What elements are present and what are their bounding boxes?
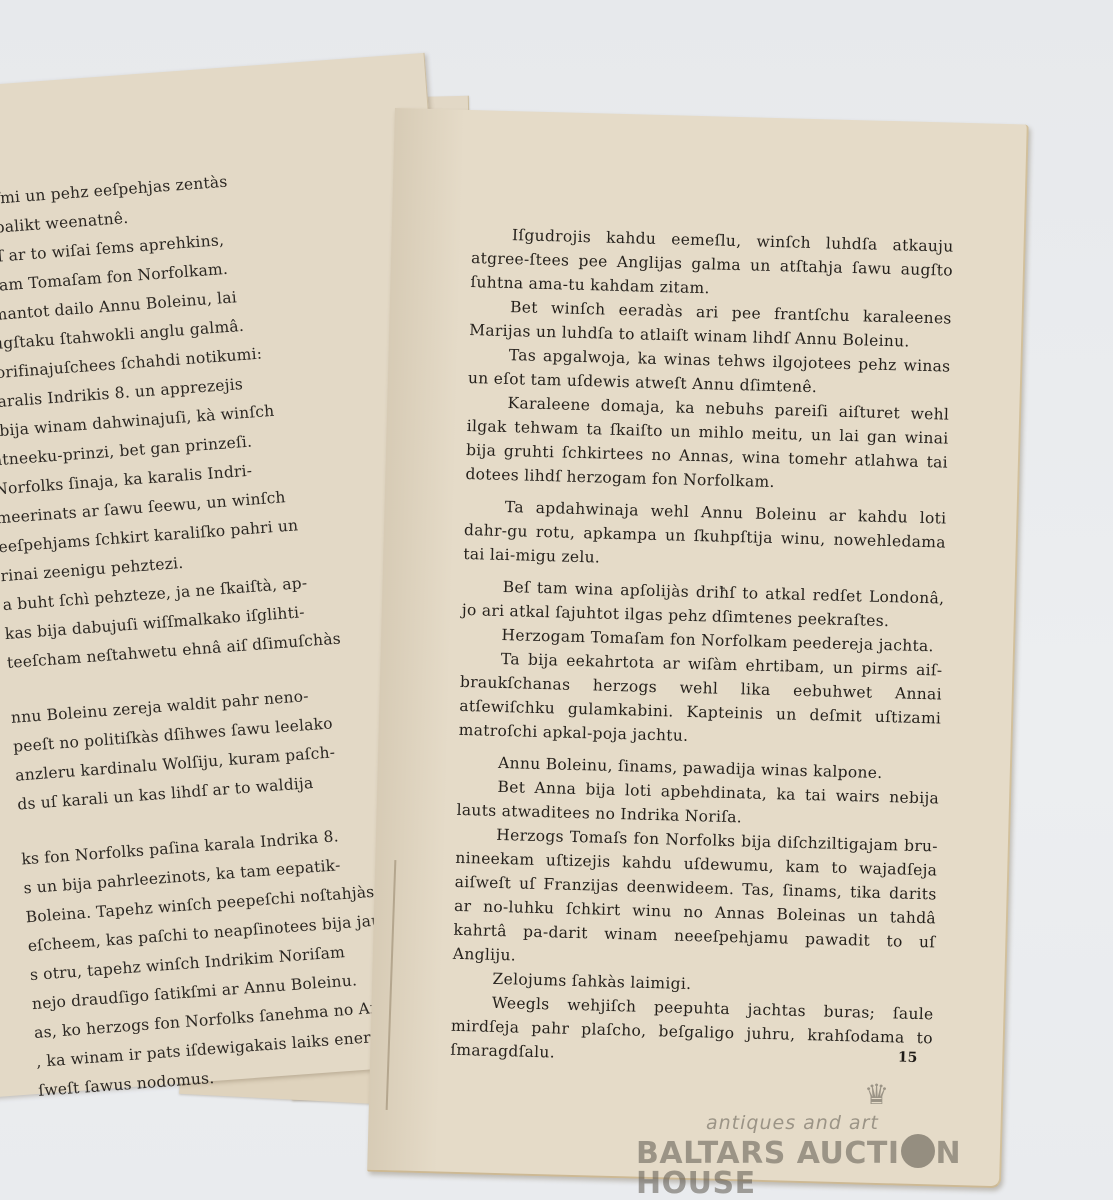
paragraph: Karaleene domaja, ka nebuhs pareiſi aiſt… bbox=[465, 390, 949, 499]
right-page-text: Iſgudrojis kahdu eemeſlu, winſch luhdſa … bbox=[450, 222, 954, 1074]
photo-scene: tikſmi un pehz eeſpehjas zentàsnepalikt … bbox=[0, 0, 1113, 1200]
right-page: Iſgudrojis kahdu eemeſlu, winſch luhdſa … bbox=[367, 108, 1029, 1188]
paragraph: Iſgudrojis kahdu eemeſlu, winſch luhdſa … bbox=[470, 222, 954, 307]
paragraph: Herzogs Tomaſs fon Norfolks bija diſchzi… bbox=[453, 822, 939, 979]
paragraph: Weegls wehjiſch peepuhta jachtas buras; … bbox=[450, 990, 934, 1075]
paragraph: Ta bija eekahrtota ar wiſàm ehrtibam, un… bbox=[458, 646, 942, 755]
paragraph: Ta apdahwinaja wehl Annu Boleinu ar kahd… bbox=[463, 494, 947, 579]
page-number: 15 bbox=[898, 1049, 918, 1066]
